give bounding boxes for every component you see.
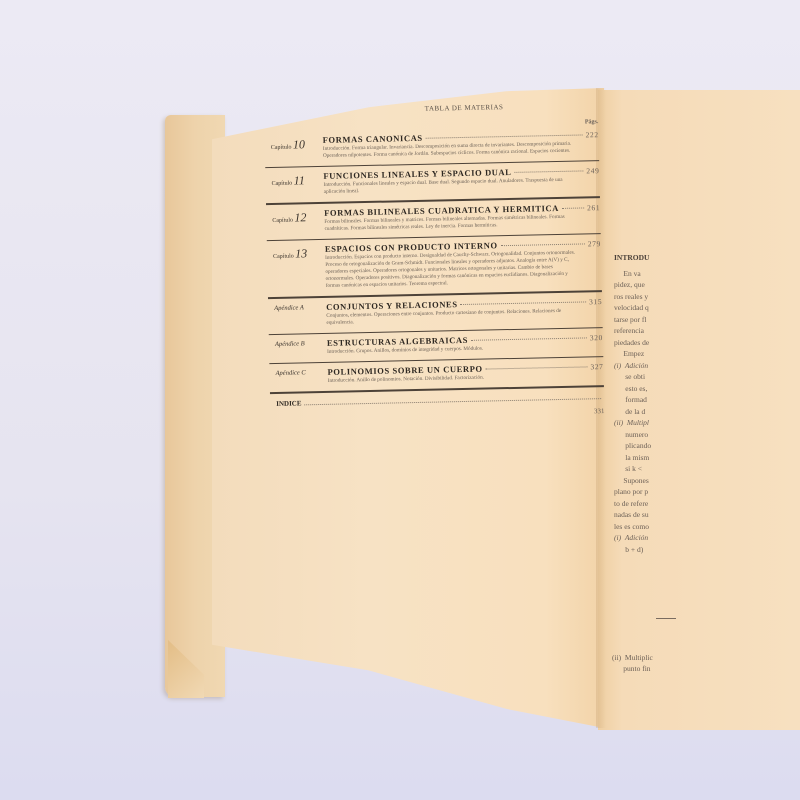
entry-number: B bbox=[301, 340, 305, 347]
text-line: pidez, que bbox=[614, 279, 684, 291]
entry-page-number: 249 bbox=[586, 167, 599, 176]
entry-page-number: 320 bbox=[590, 333, 603, 342]
entry-label: Capítulo 11 bbox=[271, 173, 319, 189]
text-line: referencia bbox=[614, 325, 684, 337]
list-item-line: (i) Adición bbox=[614, 360, 684, 372]
toc-entries: Capítulo 10FORMAS CANONICAS222Introducci… bbox=[271, 125, 604, 394]
entry-label-prefix: Apéndice bbox=[275, 370, 301, 378]
list-item-line: numero bbox=[614, 429, 684, 441]
entry-label: Capítulo 10 bbox=[271, 137, 319, 153]
entry-label-prefix: Capítulo bbox=[272, 217, 294, 223]
entry-label: Apéndice B bbox=[275, 340, 323, 348]
list-item-line: formad bbox=[614, 394, 684, 406]
entry-page-number: 222 bbox=[585, 130, 598, 139]
text-line: plano por p bbox=[614, 486, 684, 498]
text-line: piedades de bbox=[614, 337, 684, 349]
leader-dots bbox=[501, 244, 585, 247]
toc-entry: Capítulo 12FORMAS BILINEALES CUADRATICA … bbox=[272, 198, 601, 240]
right-page-rule bbox=[656, 618, 676, 619]
leader-dots bbox=[426, 134, 583, 138]
list-item-line: de la d bbox=[614, 406, 684, 418]
entry-label-prefix: Apéndice bbox=[274, 304, 300, 312]
entry-label: Apéndice A bbox=[274, 304, 322, 312]
section-heading: INTRODU bbox=[614, 252, 684, 264]
toc-entry: Capítulo 13ESPACIOS CON PRODUCTO INTERNO… bbox=[273, 234, 602, 297]
list-item-line: la mism bbox=[614, 452, 684, 464]
toc-entry: Capítulo 11FUNCIONES LINEALES Y ESPACIO … bbox=[271, 162, 600, 204]
list-item-line: (ii) Multiplic bbox=[612, 652, 682, 663]
list-item-line: (ii) Multipl bbox=[614, 417, 684, 429]
entry-title: FORMAS CANONICAS bbox=[323, 133, 423, 145]
entry-page-number: 315 bbox=[589, 297, 602, 306]
right-page-text-bottom: (ii) Multiplic punto fin bbox=[612, 652, 682, 674]
entry-page-number: 279 bbox=[588, 239, 601, 248]
text-line: En va bbox=[614, 268, 684, 280]
list-item-line: b + d) bbox=[614, 544, 684, 556]
list-item-line: plicando bbox=[614, 440, 684, 452]
leader-dots bbox=[562, 207, 584, 208]
index-entry: INDICE bbox=[276, 393, 604, 408]
entry-label-prefix: Capítulo bbox=[272, 181, 294, 187]
table-of-contents: TABLA DE MATERIAS Págs. Capítulo 10FORMA… bbox=[270, 101, 604, 422]
list-item-line: esto es, bbox=[614, 383, 684, 395]
entry-label-prefix: Capítulo bbox=[273, 254, 295, 260]
right-page-text: INTRODU En vapidez, queros reales yveloc… bbox=[614, 252, 684, 555]
text-line: to de refere bbox=[614, 498, 684, 510]
text-line: velocidad q bbox=[614, 302, 684, 314]
text-line: Empez bbox=[614, 348, 684, 360]
leader-dots bbox=[486, 367, 588, 370]
toc-entry: Apéndice ACONJUNTOS Y RELACIONES315Conju… bbox=[274, 292, 603, 334]
running-title: TABLA DE MATERIAS bbox=[330, 101, 598, 115]
leader-dots bbox=[471, 337, 587, 340]
entry-number: C bbox=[301, 370, 305, 377]
entry-number: A bbox=[300, 304, 304, 311]
entry-label: Apéndice C bbox=[275, 369, 323, 377]
entry-label-prefix: Apéndice bbox=[275, 340, 301, 348]
entry-label: Capítulo 13 bbox=[273, 246, 321, 262]
leader-dots bbox=[305, 398, 602, 405]
entry-number: 12 bbox=[294, 210, 306, 224]
entry-number: 10 bbox=[293, 137, 305, 151]
entry-page-number: 261 bbox=[587, 203, 600, 212]
leader-dots bbox=[515, 171, 584, 173]
entry-number: 13 bbox=[295, 246, 307, 260]
leader-dots bbox=[461, 301, 586, 305]
text-line: les es como bbox=[614, 521, 684, 533]
entry-number: 11 bbox=[294, 174, 305, 188]
entry-page-number: 327 bbox=[590, 362, 603, 371]
list-item-line: (i) Adición bbox=[614, 532, 684, 544]
entry-description: Introducción. Espacios con producto inte… bbox=[325, 249, 602, 290]
list-item-line: se obti bbox=[614, 371, 684, 383]
entry-label: Capítulo 12 bbox=[272, 210, 320, 226]
list-item-line: si k < bbox=[614, 463, 684, 475]
index-title: INDICE bbox=[276, 399, 301, 408]
text-line: nadas de su bbox=[614, 509, 684, 521]
list-item-line: punto fin bbox=[612, 663, 682, 674]
toc-entry: Capítulo 10FORMAS CANONICAS222Introducci… bbox=[271, 125, 600, 167]
text-line: Supones bbox=[614, 475, 684, 487]
text-line: tarse por fl bbox=[614, 314, 684, 326]
text-line: ros reales y bbox=[614, 291, 684, 303]
entry-label-prefix: Capítulo bbox=[271, 145, 293, 151]
